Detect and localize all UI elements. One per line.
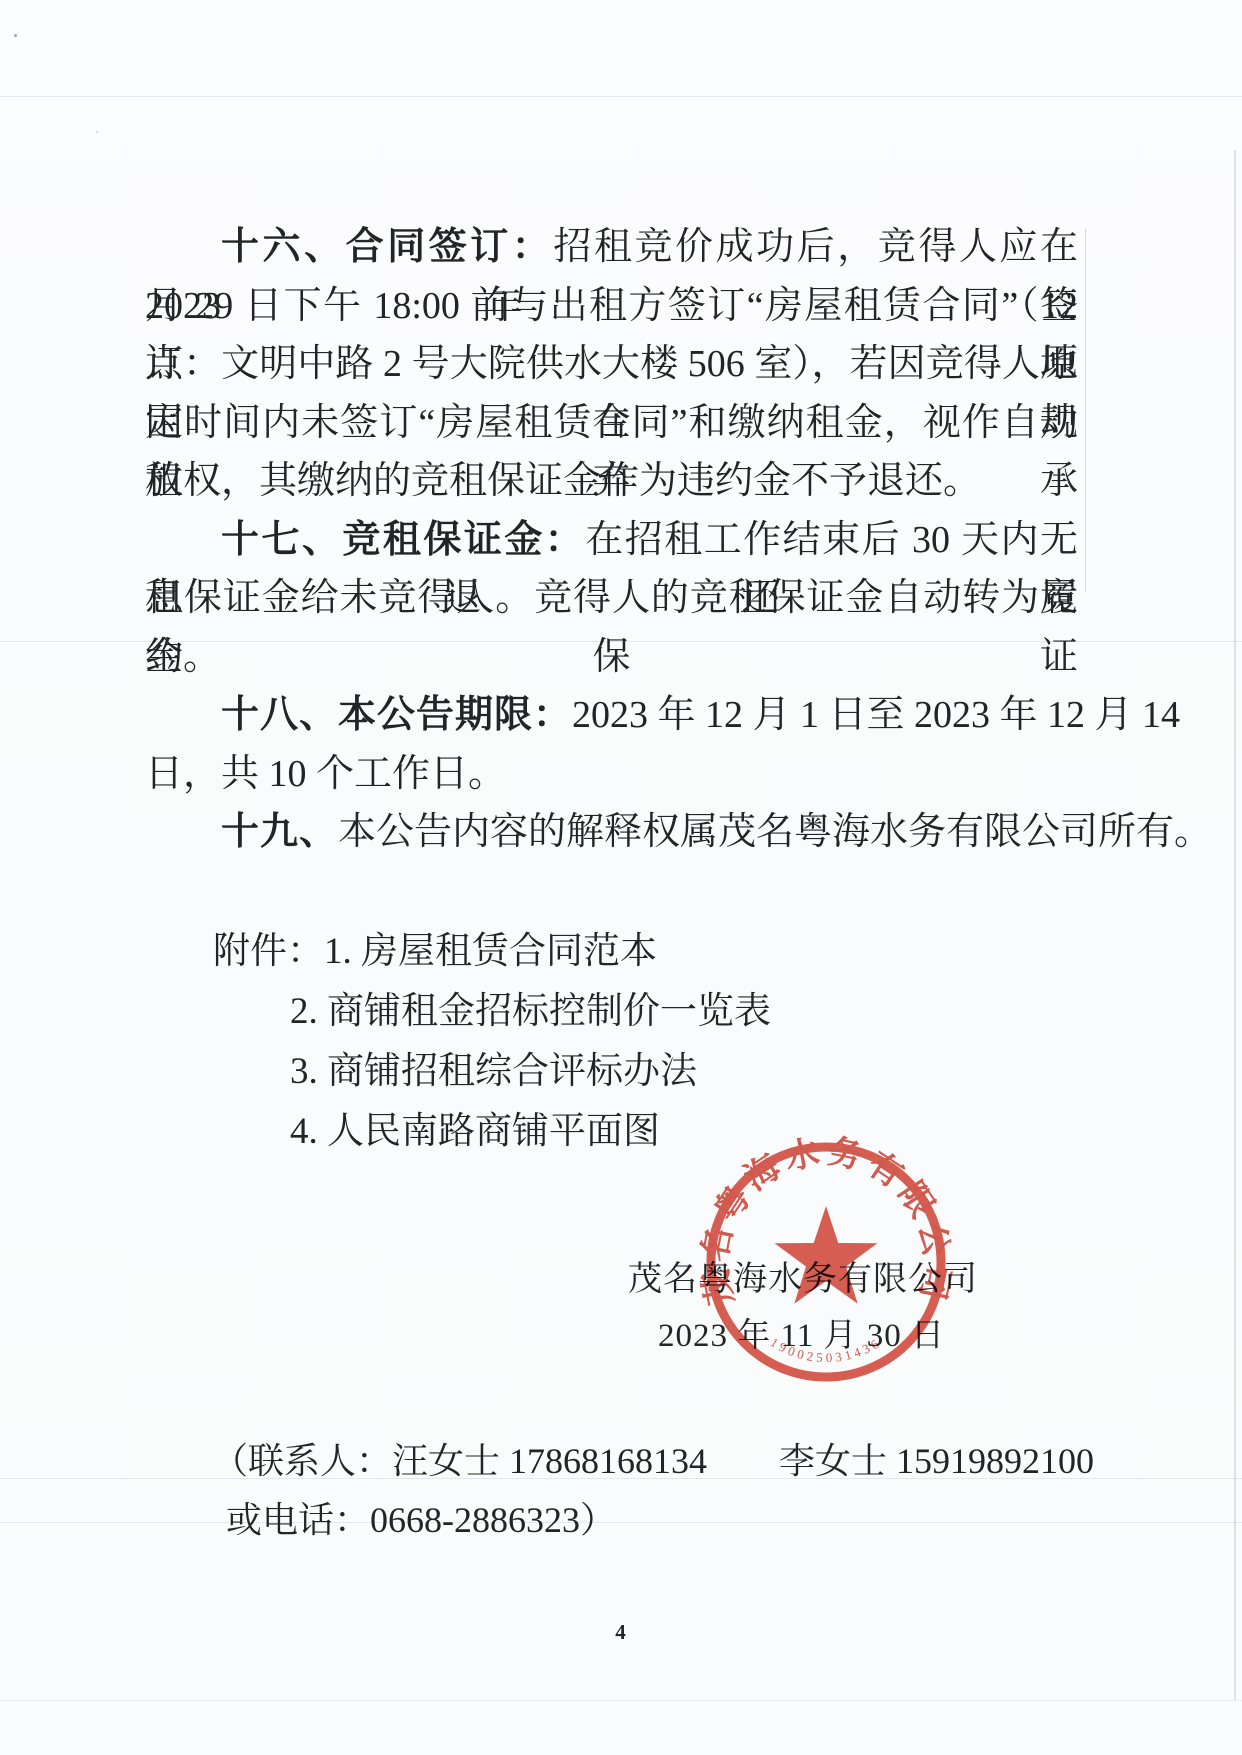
body-line: 月 29 日下午 18:00 前与出租方签订“房屋租赁合同”（签订地	[145, 277, 1078, 336]
body-line-text: 租保证金给未竞得人。竞得人的竞租保证金自动转为履约保证	[145, 577, 1078, 678]
contact-line: 或电话：0668-2886323）	[226, 1491, 1094, 1550]
body-line-text: 租权，其缴纳的竞租保证金作为违约金不予退还。	[145, 460, 981, 502]
body-line-text: 2023 年 12 月 1 日至 2023 年 12 月 14	[572, 694, 1180, 736]
attachment-item: 附件：1. 房屋租赁合同范本	[213, 922, 771, 982]
contact-info: （联系人：汪女士 17868168134 李女士 15919892100 或电话…	[212, 1432, 1094, 1550]
body-line: 十七、竞租保证金：在招租工作结束后 30 天内无息退还竞	[145, 511, 1078, 570]
body-line: 十九、本公告内容的解释权属茂名粤海水务有限公司所有。	[145, 803, 1078, 862]
contact-line: （联系人：汪女士 17868168134 李女士 15919892100	[212, 1432, 1094, 1491]
body-line: 十八、本公告期限：2023 年 12 月 1 日至 2023 年 12 月 14	[145, 686, 1078, 745]
body-line: 定时间内未签订“房屋租赁合同”和缴纳租金，视作自动放弃承	[145, 394, 1078, 453]
scan-line-artifact	[0, 1700, 1242, 1701]
scan-edge-artifact	[1234, 150, 1236, 1700]
announcement-body: 十六、合同签订：招租竞价成功后，竞得人应在 2023 年 12 月 29 日下午…	[145, 218, 1078, 862]
scanned-document-page: 十六、合同签订：招租竞价成功后，竞得人应在 2023 年 12 月 29 日下午…	[0, 0, 1242, 1755]
section-16-heading: 十六、合同签订：	[221, 226, 553, 268]
attachment-item: 2. 商铺租金招标控制价一览表	[290, 982, 771, 1042]
body-line-text: 金。	[145, 636, 221, 678]
body-line: 租保证金给未竞得人。竞得人的竞租保证金自动转为履约保证	[145, 569, 1078, 628]
attachment-item-text: 4. 人民南路商铺平面图	[290, 1111, 660, 1152]
company-seal-stamp: 茂名粤海水务有限公司 190025031436	[698, 1134, 954, 1390]
section-17-heading: 十七、竞租保证金：	[221, 519, 585, 561]
body-line-text: 日，共 10 个工作日。	[145, 753, 506, 795]
attachment-item-text: 3. 商铺招租综合评标办法	[290, 1051, 697, 1092]
attachment-item-text: 1. 房屋租赁合同范本	[324, 931, 657, 972]
attachments-list: 附件：1. 房屋租赁合同范本 2. 商铺租金招标控制价一览表 3. 商铺招租综合…	[213, 922, 771, 1162]
body-line: 点：文明中路 2 号大院供水大楼 506 室），若因竞得人原因在规	[145, 335, 1078, 394]
scan-speck	[14, 34, 17, 37]
scan-line-artifact	[0, 96, 1242, 97]
seal-star-icon	[775, 1206, 878, 1304]
page-number: 4	[0, 1620, 1242, 1645]
attachment-item-text: 2. 商铺租金招标控制价一览表	[290, 991, 771, 1032]
body-line: 日，共 10 个工作日。	[145, 745, 1078, 804]
section-18-heading: 十八、本公告期限：	[221, 694, 572, 736]
body-line-text: 本公告内容的解释权属茂名粤海水务有限公司所有。	[338, 811, 1212, 853]
section-19-heading: 十九、	[221, 811, 338, 853]
body-line: 租权，其缴纳的竞租保证金作为违约金不予退还。	[145, 452, 1078, 511]
scan-line-artifact	[1085, 228, 1086, 593]
attachment-item: 3. 商铺招租综合评标办法	[290, 1042, 771, 1102]
body-line: 十六、合同签订：招租竞价成功后，竞得人应在 2023 年 12	[145, 218, 1078, 277]
seal-registration-number: 190025031436	[768, 1334, 884, 1365]
attachments-label: 附件：	[213, 931, 324, 972]
scan-speck	[96, 131, 98, 133]
